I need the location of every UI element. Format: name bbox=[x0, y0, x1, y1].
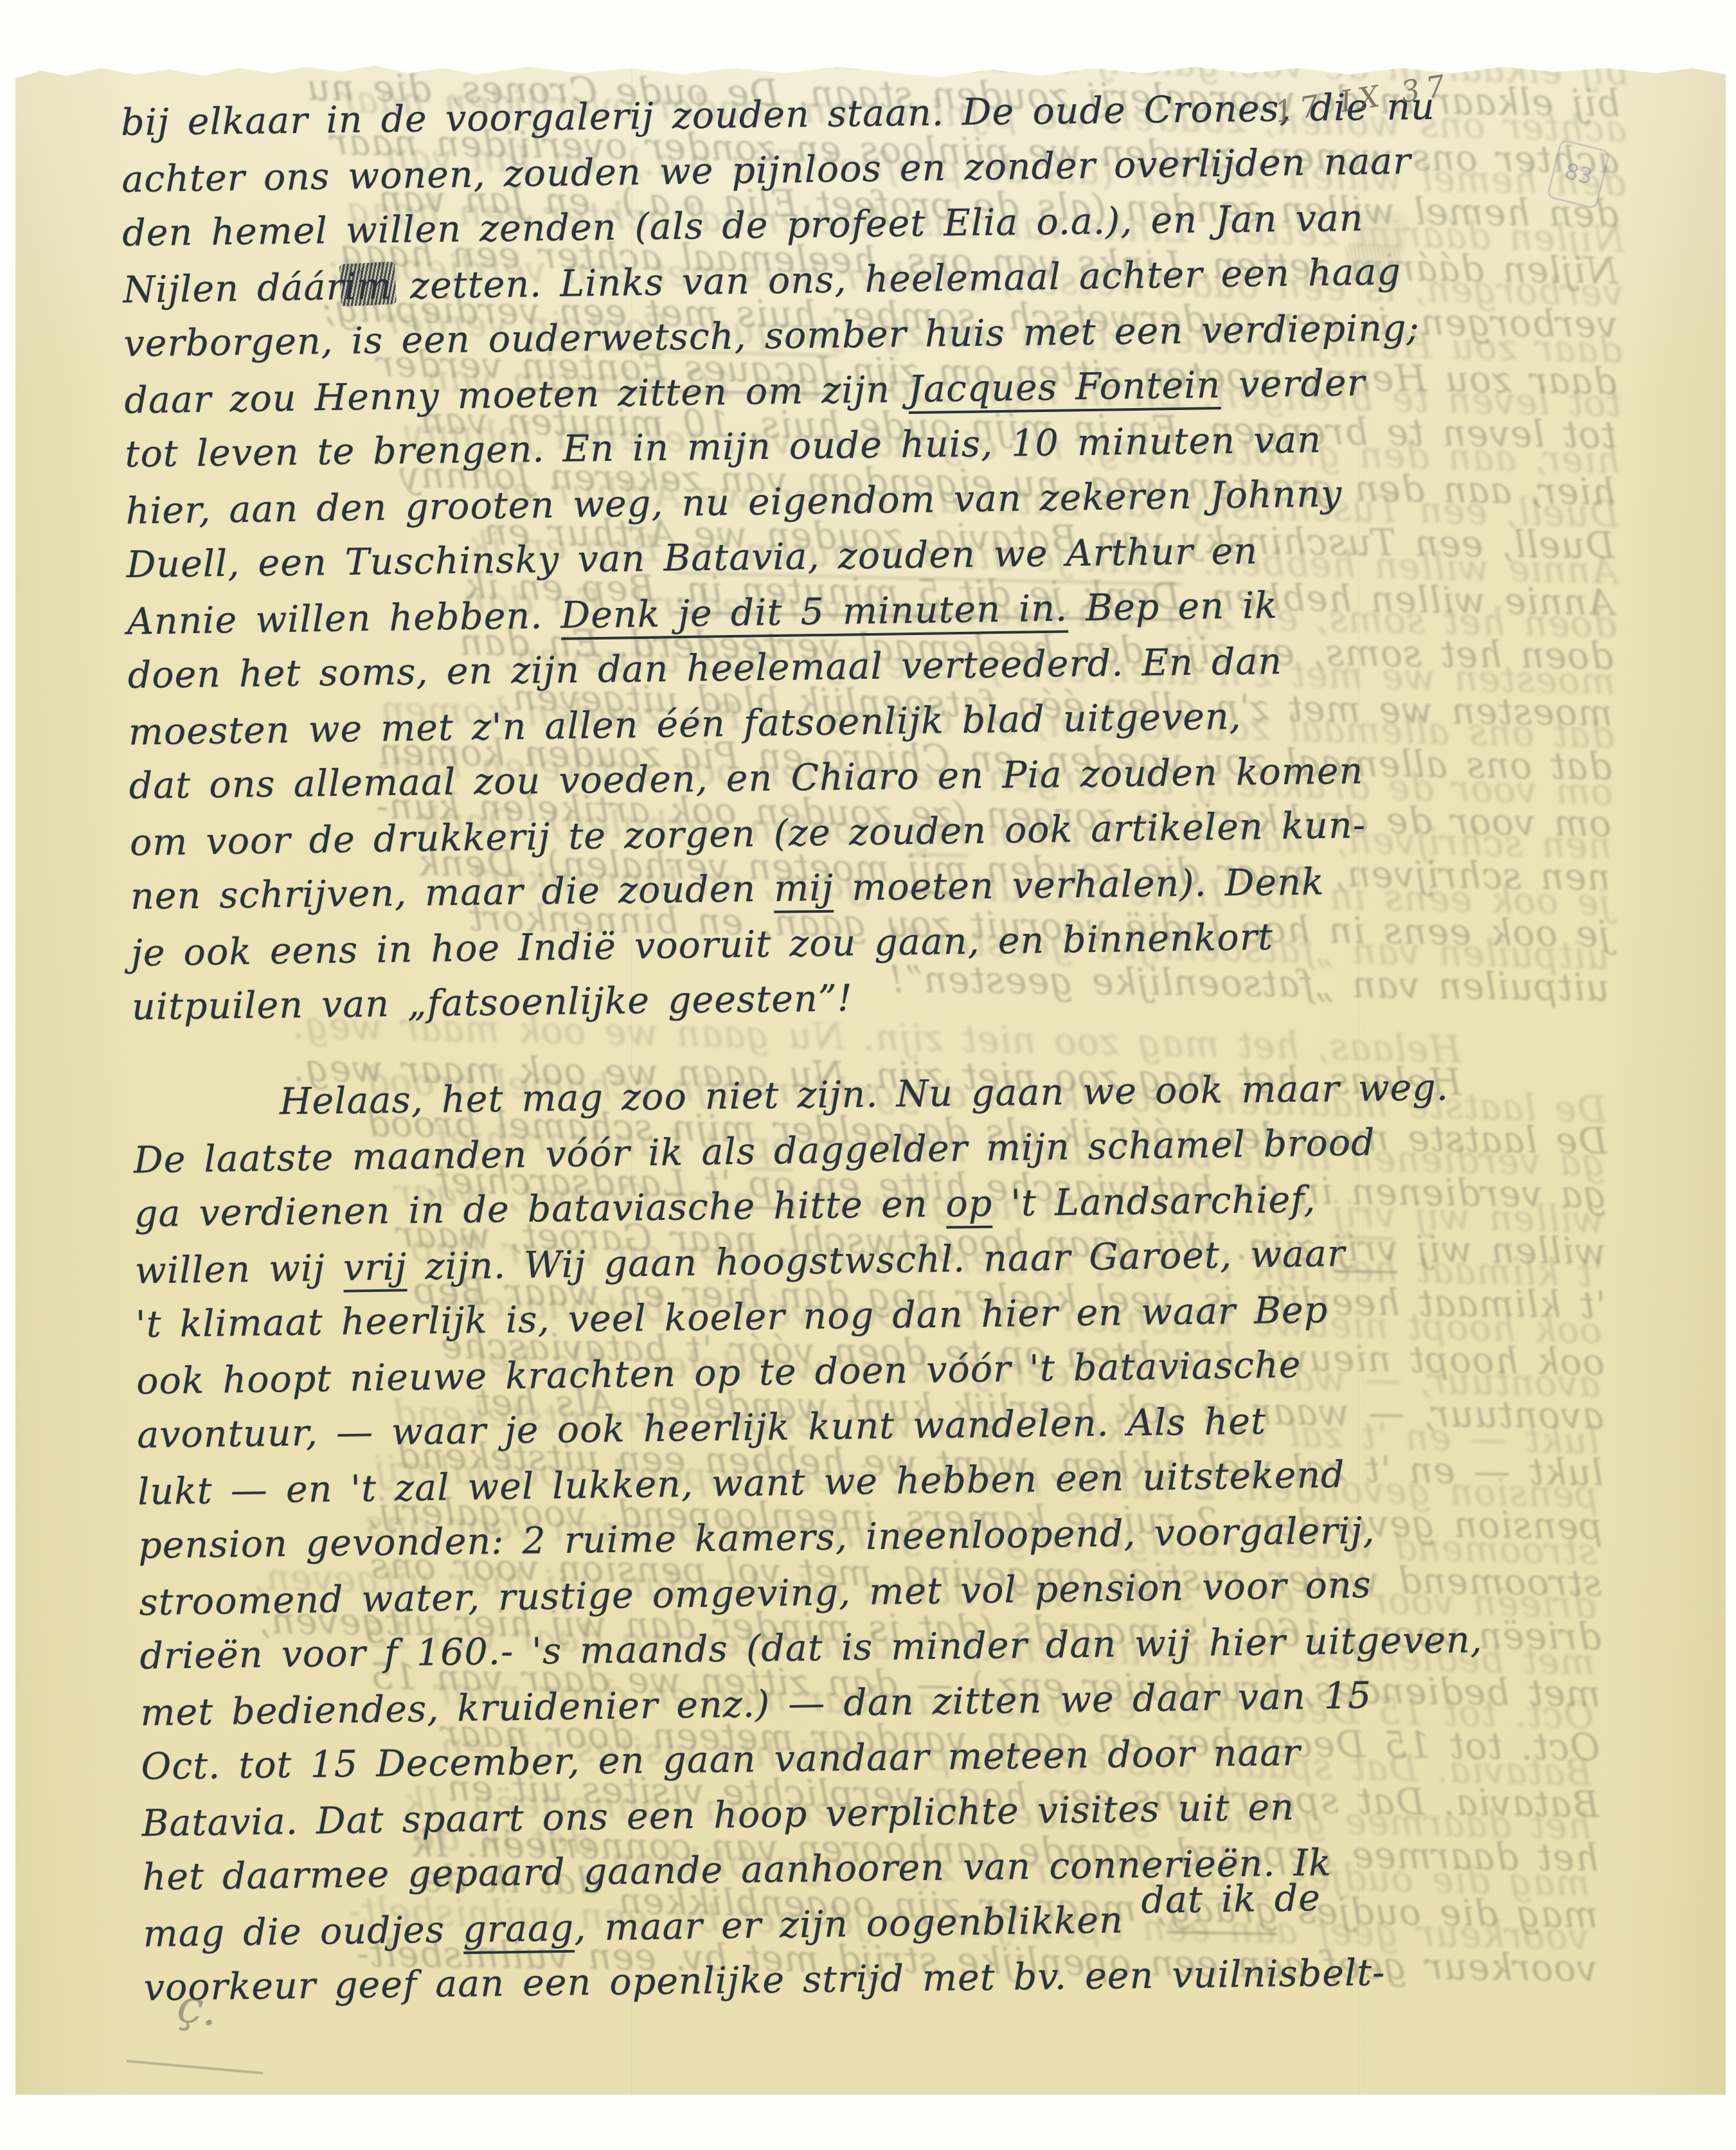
text-segment: dat ik de bbox=[1141, 1877, 1321, 1922]
text-segment: , maar er zijn oogenblikken bbox=[574, 1899, 1141, 1949]
text-segment: willen wij bbox=[135, 1247, 344, 1293]
letter-page: bij elkaar in de voorgalerij zouden staa… bbox=[15, 62, 1726, 2095]
underlined-text: graag bbox=[463, 1907, 575, 1954]
text-segment: Helaas, het mag zoo niet zijn. Nu gaan w… bbox=[279, 1066, 1449, 1123]
text-segment: Duell, een Tuschinsky van Batavia, zoude… bbox=[126, 530, 1258, 587]
text-segment: tot leven te brengen. En in mijn oude hu… bbox=[125, 418, 1321, 476]
text-segment: avontuur, — waar je ook heerlijk kunt wa… bbox=[137, 1400, 1266, 1456]
text-segment: daar zou Henny moeten zitten om zijn bbox=[124, 368, 908, 422]
underlined-text: Denk je dit 5 minuten in. bbox=[560, 587, 1068, 640]
text-segment: nen schrijven, maar die zouden bbox=[130, 868, 774, 918]
scribbled-out-word: im bbox=[344, 265, 392, 309]
text-segment: 't Landsarchief, bbox=[992, 1179, 1316, 1225]
text-segment: Annie willen hebben. bbox=[127, 595, 561, 643]
text-segment: verborgen, is een ouderwetsch, somber hu… bbox=[123, 307, 1420, 365]
letter-text: bij elkaar in de voorgalerij zouden staa… bbox=[121, 77, 1642, 2016]
text-segment: 't klimaat heerlijk is, veel koeler nog … bbox=[136, 1289, 1329, 1346]
text-segment: Nijlen dáár bbox=[123, 266, 345, 312]
text-segment: om voor de drukkerij te zorgen (ze zoude… bbox=[129, 804, 1366, 864]
text-segment: mag die oudjes bbox=[143, 1908, 463, 1955]
text-segment: uitpuilen van „fatsoenlijke geesten”! bbox=[132, 977, 853, 1028]
text-segment: zetten. Links van ons, heelemaal achter … bbox=[392, 251, 1402, 307]
text-segment: Bep en ik bbox=[1068, 584, 1278, 630]
text-segment: moesten we met z'n allen één fatsoenlijk… bbox=[128, 695, 1242, 754]
text-segment: den hemel willen zenden (als de profeet … bbox=[122, 197, 1364, 255]
underlined-text: vrij bbox=[343, 1246, 407, 1292]
text-segment: stroomend water, rustige omgeving, met v… bbox=[139, 1564, 1372, 1624]
text-segment: zijn. Wij gaan hoogstwschl. naar Garoet,… bbox=[407, 1232, 1346, 1288]
underlined-text: Jacques Fontein bbox=[908, 364, 1221, 414]
text-segment: met bediendes, kruidenier enz.) — dan zi… bbox=[140, 1674, 1372, 1734]
text-segment: ga verdienen in de bataviasche hitte en bbox=[134, 1183, 946, 1235]
text-segment: Batavia. Dat spaart ons een hoop verplic… bbox=[141, 1786, 1294, 1845]
text-segment: doen het soms, en zijn dan heelemaal ver… bbox=[127, 640, 1282, 697]
text-segment: verder bbox=[1221, 362, 1366, 406]
text-segment: bij elkaar in de voorgalerij zouden staa… bbox=[121, 85, 1435, 144]
text-segment: dat ons allemaal zou voeden, en Chiaro e… bbox=[129, 750, 1363, 807]
pencil-margin-mark: ç. bbox=[174, 1978, 221, 2036]
letter-paragraph: Helaas, het mag zoo niet zijn. Nu gaan w… bbox=[132, 1058, 1642, 2016]
letter-paragraph: bij elkaar in de voorgalerij zouden staa… bbox=[121, 77, 1631, 1035]
text-segment: pension gevonden: 2 ruime kamers, ineenl… bbox=[138, 1509, 1375, 1567]
text-segment: De laatste maanden vóór ik als daggelder… bbox=[134, 1122, 1375, 1182]
underlined-text: mij bbox=[774, 867, 834, 913]
text-segment: hier, aan den grooten weg, nu eigendom v… bbox=[125, 472, 1342, 532]
text-segment: je ook eens in hoe Indië vooruit zou gaa… bbox=[131, 916, 1274, 974]
text-segment: ook hoopt nieuwe krachten op te doen vóó… bbox=[136, 1343, 1302, 1402]
underlined-text: op bbox=[945, 1183, 993, 1229]
text-segment: moeten verhalen). Denk bbox=[834, 861, 1325, 909]
text-segment: lukt — en 't zal wel lukken, want we heb… bbox=[138, 1454, 1345, 1514]
text-segment: Oct. tot 15 December, en gaan vandaar me… bbox=[141, 1732, 1301, 1788]
text-segment: voorkeur geef aan een openlijke strijd m… bbox=[143, 1951, 1385, 2009]
